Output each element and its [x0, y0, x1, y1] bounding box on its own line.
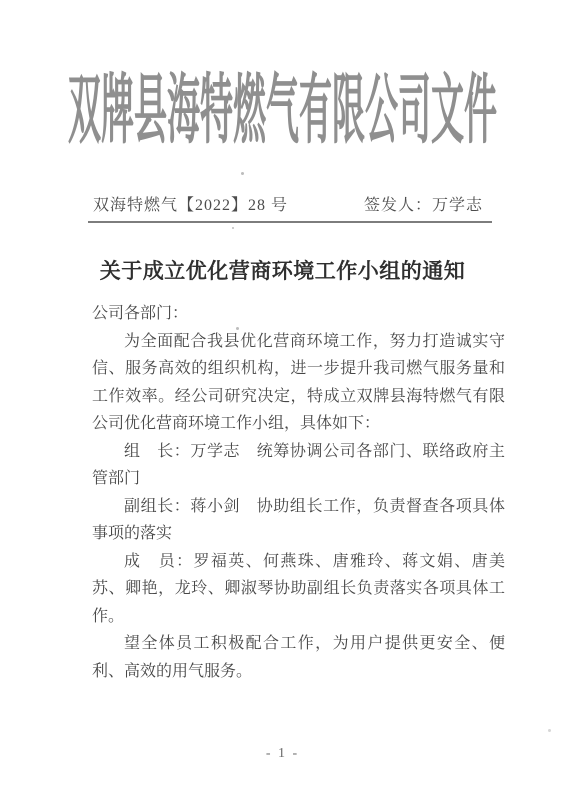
letterhead-title: 双牌县海特燃气有限公司文件: [68, 76, 497, 152]
page-number: - 1 -: [0, 746, 565, 762]
paragraph-members: 成 员：罗福英、何燕珠、唐雅玲、蒋文娟、唐美苏、卿艳，龙玲、卿淑琴协助副组长负责…: [92, 548, 505, 631]
document-page: 双牌县海特燃气有限公司文件 双海特燃气【2022】28 号 签发人：万学志 关于…: [0, 0, 565, 800]
issuer-name: 签发人：万学志: [364, 192, 483, 215]
document-title: 关于成立优化营商环境工作小组的通知: [0, 255, 565, 285]
document-body: 公司各部门： 为全面配合我县优化营商环境工作，努力打造诚实守信、服务高效的组织机…: [92, 300, 505, 685]
separator-line: [88, 221, 492, 223]
paragraph-intro: 为全面配合我县优化营商环境工作，努力打造诚实守信、服务高效的组织机构，进一步提升…: [92, 328, 505, 438]
scan-speck: [232, 227, 234, 229]
scan-speck: [241, 172, 244, 175]
doc-number: 双海特燃气【2022】28 号: [93, 192, 288, 215]
paragraph-deputy-leader: 副组长：蒋小剑 协助组长工作，负责督查各项具体事项的落实: [92, 493, 505, 548]
docinfo-row: 双海特燃气【2022】28 号 签发人：万学志: [93, 192, 483, 215]
scan-speck: [236, 327, 239, 330]
letterhead: 双牌县海特燃气有限公司文件: [0, 76, 565, 160]
salutation: 公司各部门：: [92, 300, 505, 328]
paragraph-leader: 组 长：万学志 统筹协调公司各部门、联络政府主管部门: [92, 438, 505, 493]
scan-speck: [548, 729, 551, 732]
paragraph-closing: 望全体员工积极配合工作，为用户提供更安全、便利、高效的用气服务。: [92, 630, 505, 685]
